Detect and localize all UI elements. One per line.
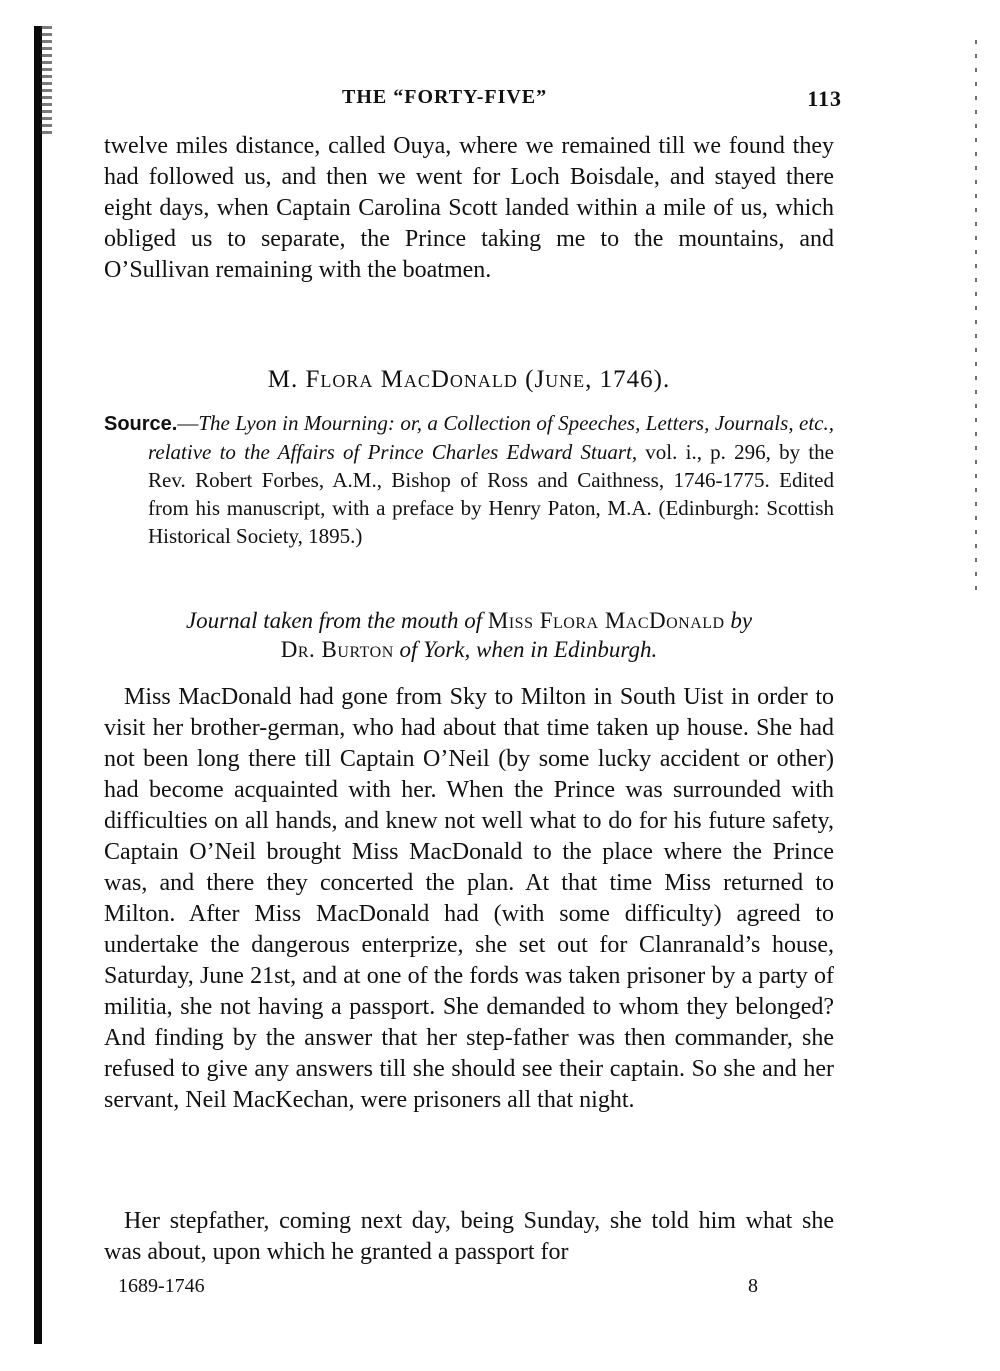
signature-mark: 1689-1746 <box>118 1275 205 1298</box>
running-head-title: THE “FORTY-FIVE” <box>342 86 547 109</box>
source-label: Source. <box>104 413 177 435</box>
body-paragraph-1: Miss MacDonald had gone from Sky to Milt… <box>104 682 834 1116</box>
journal-heading-part5: of York, when in Edinburgh. <box>394 637 657 662</box>
intro-paragraph: twelve miles distance, called Ouya, wher… <box>104 131 834 286</box>
journal-heading-part1: Journal taken from the mouth of <box>186 608 488 633</box>
source-dash: — <box>177 411 198 435</box>
body-paragraph-2: Her stepfather, coming next day, being S… <box>104 1206 834 1268</box>
journal-heading-part3: by <box>725 608 752 633</box>
journal-heading: Journal taken from the mouth of Miss Flo… <box>104 606 834 664</box>
gathering-number: 8 <box>748 1275 758 1298</box>
running-head: THE “FORTY-FIVE” 113 <box>104 86 834 116</box>
section-heading: M. Flora MacDonald (June, 1746). <box>104 366 834 394</box>
source-citation: Source.—The Lyon in Mourning: or, a Coll… <box>104 409 834 550</box>
journal-heading-name: Miss Flora MacDonald <box>488 608 725 633</box>
binding-edge-shadow <box>34 26 42 1344</box>
page-number: 113 <box>807 86 842 112</box>
page-edge-specks <box>975 40 977 600</box>
journal-heading-author: Dr. Burton <box>281 637 394 662</box>
